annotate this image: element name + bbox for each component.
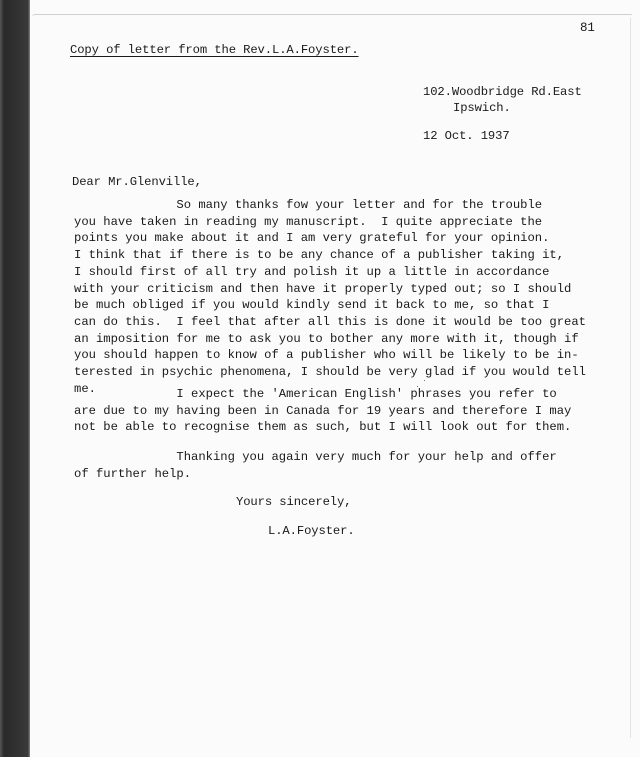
text-line: be much obliged if you would kindly send… bbox=[74, 297, 594, 314]
letter-date: 12 Oct. 1937 bbox=[423, 128, 510, 144]
text-line: are due to my having been in Canada for … bbox=[74, 403, 594, 420]
scan-speck bbox=[410, 372, 411, 373]
text-line: terested in psychic phenomena, I should … bbox=[74, 364, 594, 381]
paragraph-1: So many thanks fow your letter and for t… bbox=[74, 197, 594, 397]
closing: Yours sincerely, bbox=[236, 494, 351, 510]
letter-heading: Copy of letter from the Rev.L.A.Foyster. bbox=[70, 42, 359, 58]
scan-speck bbox=[424, 380, 425, 381]
paragraph-2: I expect the 'American English' phrases … bbox=[74, 386, 594, 436]
text-line: Thanking you again very much for your he… bbox=[74, 449, 594, 466]
scan-speck bbox=[417, 386, 418, 387]
sender-address-line-1: 102.Woodbridge Rd.East bbox=[423, 84, 582, 100]
text-line: can do this. I feel that after all this … bbox=[74, 314, 594, 331]
page-top-edge bbox=[32, 14, 632, 17]
text-line: points you make about it and I am very g… bbox=[74, 230, 594, 247]
text-line: not be able to recognise them as such, b… bbox=[74, 419, 594, 436]
signature: L.A.Foyster. bbox=[268, 523, 355, 539]
scan-binding-edge bbox=[0, 0, 30, 757]
text-line: an imposition for me to ask you to bothe… bbox=[74, 331, 594, 348]
page-right-edge bbox=[630, 18, 631, 738]
salutation: Dear Mr.Glenville, bbox=[72, 174, 202, 190]
text-line: I should first of all try and polish it … bbox=[74, 264, 594, 281]
page-number: 81 bbox=[580, 20, 595, 36]
text-line: I think that if there is to be any chanc… bbox=[74, 247, 594, 264]
text-line: So many thanks fow your letter and for t… bbox=[74, 197, 594, 214]
text-line: of further help. bbox=[74, 466, 594, 483]
text-line: with your criticism and then have it pro… bbox=[74, 281, 594, 298]
sender-address-line-2: Ipswich. bbox=[453, 100, 511, 116]
text-line: I expect the 'American English' phrases … bbox=[74, 386, 594, 403]
text-line: you should happen to know of a publisher… bbox=[74, 347, 594, 364]
text-line: you have taken in reading my manuscript.… bbox=[74, 214, 594, 231]
paragraph-3: Thanking you again very much for your he… bbox=[74, 449, 594, 482]
